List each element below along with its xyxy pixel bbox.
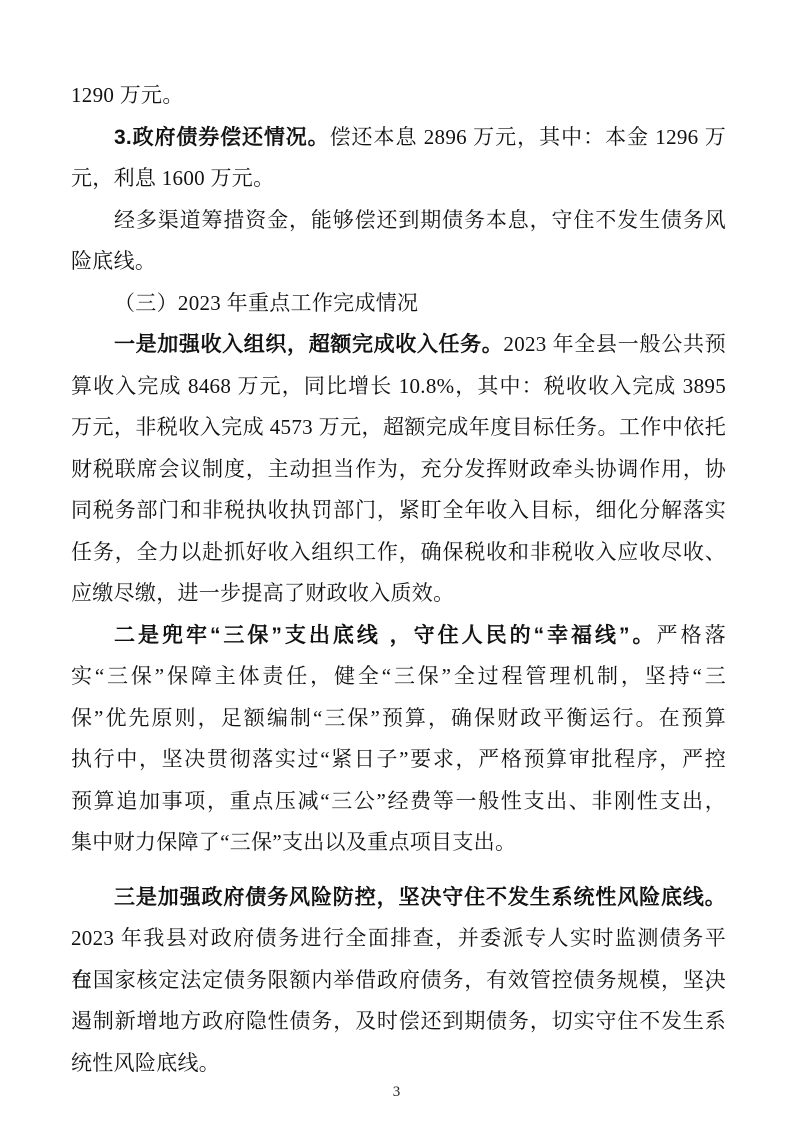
text-line: 1290 万元。 — [71, 75, 726, 117]
text-run: 任务，全力以赴抓好收入组织工作，确保税收和非税收入应收尽收、 — [71, 540, 726, 564]
text-run: 算收入完成 8468 万元，同比增长 10.8%，其中：税收收入完成 3895 — [71, 374, 726, 398]
bold-text-run: 三是加强政府债务风险防控，坚决守住不发生系统性风险底线。 — [114, 886, 726, 909]
text-run: 执行中，坚决贯彻落实过“紧日子”要求，严格预算审批程序，严控 — [71, 747, 726, 771]
text-line: 险底线。 — [71, 241, 726, 283]
text-line: 万元，非税收入完成 4573 万元，超额完成年度目标任务。工作中依托 — [71, 407, 726, 449]
text-run: 实“三保”保障主体责任，健全“三保”全过程管理机制，坚持“三 — [71, 664, 726, 688]
text-line: 预算追加事项，重点压减“三公”经费等一般性支出、非刚性支出， — [71, 781, 726, 823]
page-number: 3 — [0, 1082, 793, 1102]
text-line: 任务，全力以赴抓好收入组织工作，确保税收和非税收入应收尽收、 — [71, 532, 726, 574]
text-line: 遏制新增地方政府隐性债务，及时偿还到期债务，切实守住不发生系 — [71, 1001, 726, 1043]
text-line: 保”优先原则，足额编制“三保”预算，确保财政平衡运行。在预算 — [71, 698, 726, 740]
text-line: 经多渠道筹措资金，能够偿还到期债务本息，守住不发生债务风 — [71, 200, 726, 242]
text-line: 三是加强政府债务风险防控，坚决守住不发生系统性风险底线。 — [71, 877, 726, 919]
text-line: 集中财力保障了“三保”支出以及重点项目支出。 — [71, 822, 726, 864]
text-line: 算收入完成 8468 万元，同比增长 10.8%，其中：税收收入完成 3895 — [71, 366, 726, 408]
text-run: 应缴尽缴，进一步提高了财政收入质效。 — [71, 581, 454, 605]
bold-text-run: 3.政府债券偿还情况。 — [114, 126, 330, 149]
text-line: 统性风险底线。 — [71, 1043, 726, 1085]
text-line: 一是加强收入组织，超额完成收入任务。2023 年全县一般公共预 — [71, 324, 726, 366]
text-run: 险底线。 — [71, 249, 156, 273]
bold-text-run: 二是兜牢“三保”支出底线 ，守住人民的“幸福线”。 — [114, 624, 657, 647]
text-line: 执行中，坚决贯彻落实过“紧日子”要求，严格预算审批程序，严控 — [71, 739, 726, 781]
text-run: 统性风险底线。 — [71, 1051, 220, 1075]
text-run: 预算追加事项，重点压减“三公”经费等一般性支出、非刚性支出， — [71, 789, 726, 813]
text-run: 同税务部门和非税执收执罚部门，紧盯全年收入目标，细化分解落实 — [71, 498, 726, 522]
text-run: 集中财力保障了“三保”支出以及重点项目支出。 — [71, 830, 516, 854]
text-line: 同税务部门和非税执收执罚部门，紧盯全年收入目标，细化分解落实 — [71, 490, 726, 532]
text-line: 二是兜牢“三保”支出底线 ，守住人民的“幸福线”。严格落 — [71, 615, 726, 657]
text-run: 偿还本息 2896 万元，其中：本金 1296 万 — [330, 125, 726, 149]
section-heading-line: （三）2023 年重点工作完成情况 — [71, 283, 726, 325]
text-line: 实“三保”保障主体责任，健全“三保”全过程管理机制，坚持“三 — [71, 656, 726, 698]
text-run: 万元，非税收入完成 4573 万元，超额完成年度目标任务。工作中依托 — [71, 415, 726, 439]
text-line: 3.政府债券偿还情况。偿还本息 2896 万元，其中：本金 1296 万 — [71, 117, 726, 159]
text-line: 财税联席会议制度，主动担当作为，充分发挥财政牵头协调作用，协 — [71, 449, 726, 491]
text-line: 在国家核定法定债务限额内举借政府债务，有效管控债务规模，坚决 — [71, 960, 726, 1002]
text-run: （三）2023 年重点工作完成情况 — [114, 291, 418, 315]
text-run: 保”优先原则，足额编制“三保”预算，确保财政平衡运行。在预算 — [71, 706, 726, 730]
bold-text-run: 一是加强收入组织，超额完成收入任务。 — [114, 333, 503, 356]
text-run: 在国家核定法定债务限额内举借政府债务，有效管控债务规模，坚决 — [71, 968, 726, 992]
text-run: 经多渠道筹措资金，能够偿还到期债务本息，守住不发生债务风 — [114, 208, 726, 232]
text-run: 严格落 — [657, 623, 726, 647]
text-line: 应缴尽缴，进一步提高了财政收入质效。 — [71, 573, 726, 615]
text-run: 财税联席会议制度，主动担当作为，充分发挥财政牵头协调作用，协 — [71, 457, 726, 481]
text-run: 元，利息 1600 万元。 — [71, 166, 274, 190]
text-run: 2023 年全县一般公共预 — [503, 332, 726, 356]
document-page: 1290 万元。3.政府债券偿还情况。偿还本息 2896 万元，其中：本金 12… — [0, 0, 793, 1122]
text-run: 遏制新增地方政府隐性债务，及时偿还到期债务，切实守住不发生系 — [71, 1009, 726, 1033]
text-run: 1290 万元。 — [71, 83, 184, 107]
document-body: 1290 万元。3.政府债券偿还情况。偿还本息 2896 万元，其中：本金 12… — [71, 75, 726, 1084]
text-line: 元，利息 1600 万元。 — [71, 158, 726, 200]
text-line: 2023 年我县对政府债务进行全面排查，并委派专人实时监测债务平台， — [71, 918, 726, 960]
